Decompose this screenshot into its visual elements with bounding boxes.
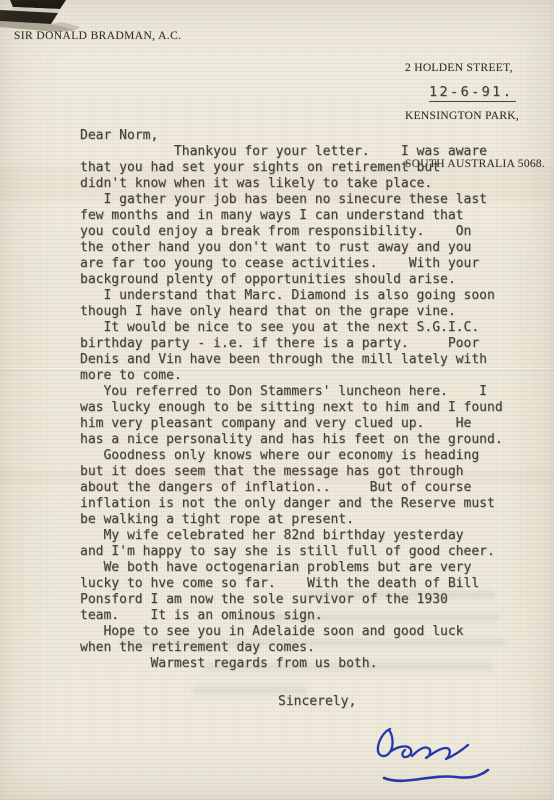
- body-line: I gather your job has been no sinecure t…: [80, 192, 503, 208]
- salutation: Dear Norm,: [80, 128, 158, 144]
- body-line: Denis and Vin have been through the mill…: [80, 352, 503, 368]
- body-line: inflation is not the only danger and the…: [80, 496, 503, 512]
- body-line: You referred to Don Stammers' luncheon h…: [80, 384, 503, 400]
- binder-clip-icon: [0, 0, 96, 34]
- signature-ink: [378, 729, 468, 759]
- signature-don: [368, 726, 518, 798]
- closing: Sincerely,: [278, 694, 356, 710]
- body-line: We both have octogenarian problems but a…: [80, 560, 503, 576]
- body-line: My wife celebrated her 82nd birthday yes…: [80, 528, 503, 544]
- body-line: you could enjoy a break from responsibil…: [80, 224, 503, 240]
- body-line: birthday party - i.e. if there is a part…: [80, 336, 503, 352]
- body-line: but it does seem that the message has go…: [80, 464, 503, 480]
- body-line: are far too young to cease activities. W…: [80, 256, 503, 272]
- letter-date: 12-6-91.: [429, 84, 516, 102]
- address-line: KENSINGTON PARK,: [405, 108, 545, 124]
- body-line: Goodness only knows where our economy is…: [80, 448, 503, 464]
- body-line: the other hand you don't want to rust aw…: [80, 240, 503, 256]
- body-line: I understand that Marc. Diamond is also …: [80, 288, 503, 304]
- body-line: It would be nice to see you at the next …: [80, 320, 503, 336]
- body-line: lucky to hve come so far. With the death…: [80, 576, 503, 592]
- signature-underline: [384, 770, 488, 781]
- body-line: has a nice personality and has his feet …: [80, 432, 503, 448]
- letter-body: Thankyou for your letter. I was awaretha…: [80, 144, 503, 672]
- body-line: be walking a tight rope at present.: [80, 512, 503, 528]
- body-line: background plenty of opportunities shoul…: [80, 272, 503, 288]
- body-line: and I'm happy to say she is still full o…: [80, 544, 503, 560]
- body-line: few months and in many ways I can unders…: [80, 208, 503, 224]
- body-line: Thankyou for your letter. I was aware: [80, 144, 503, 160]
- body-line: Warmest regards from us both.: [80, 656, 503, 672]
- body-line: Ponsford I am now the sole survivor of t…: [80, 592, 503, 608]
- body-line: him very pleasant company and very clued…: [80, 416, 503, 432]
- letter-page: SIR DONALD BRADMAN, A.C. 2 HOLDEN STREET…: [0, 0, 554, 800]
- body-line: that you had set your sights on retireme…: [80, 160, 503, 176]
- body-line: was lucky enough to be sitting next to h…: [80, 400, 503, 416]
- body-line: didn't know when it was likely to take p…: [80, 176, 503, 192]
- body-line: about the dangers of inflation.. But of …: [80, 480, 503, 496]
- body-line: though I have only heard that on the gra…: [80, 304, 503, 320]
- body-line: team. It is an ominous sign.: [80, 608, 503, 624]
- body-line: more to come.: [80, 368, 503, 384]
- body-line: Hope to see you in Adelaide soon and goo…: [80, 624, 503, 640]
- address-line: 2 HOLDEN STREET,: [405, 60, 545, 76]
- body-line: when the retirement day comes.: [80, 640, 503, 656]
- letter-photograph: { "letterhead": { "sender_name": "SIR DO…: [0, 0, 554, 800]
